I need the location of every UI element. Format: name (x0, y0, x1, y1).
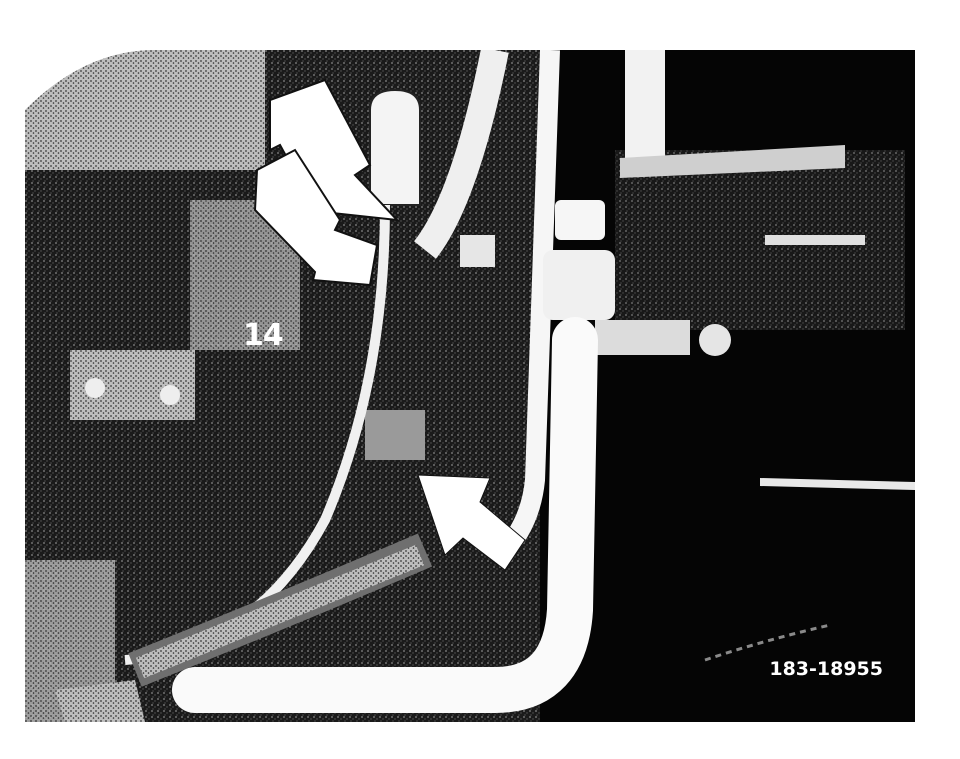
photograph: 14 183-18955 (25, 50, 915, 722)
connector-boot (370, 90, 420, 205)
terminal-block (365, 410, 425, 460)
figure-number: 183-18955 (769, 658, 883, 680)
bracket-upright (625, 50, 665, 160)
hose-fitting-top (555, 200, 605, 240)
hose-fitting (543, 250, 615, 320)
photo-scene (25, 50, 915, 722)
callout-label: 14 (243, 318, 283, 353)
